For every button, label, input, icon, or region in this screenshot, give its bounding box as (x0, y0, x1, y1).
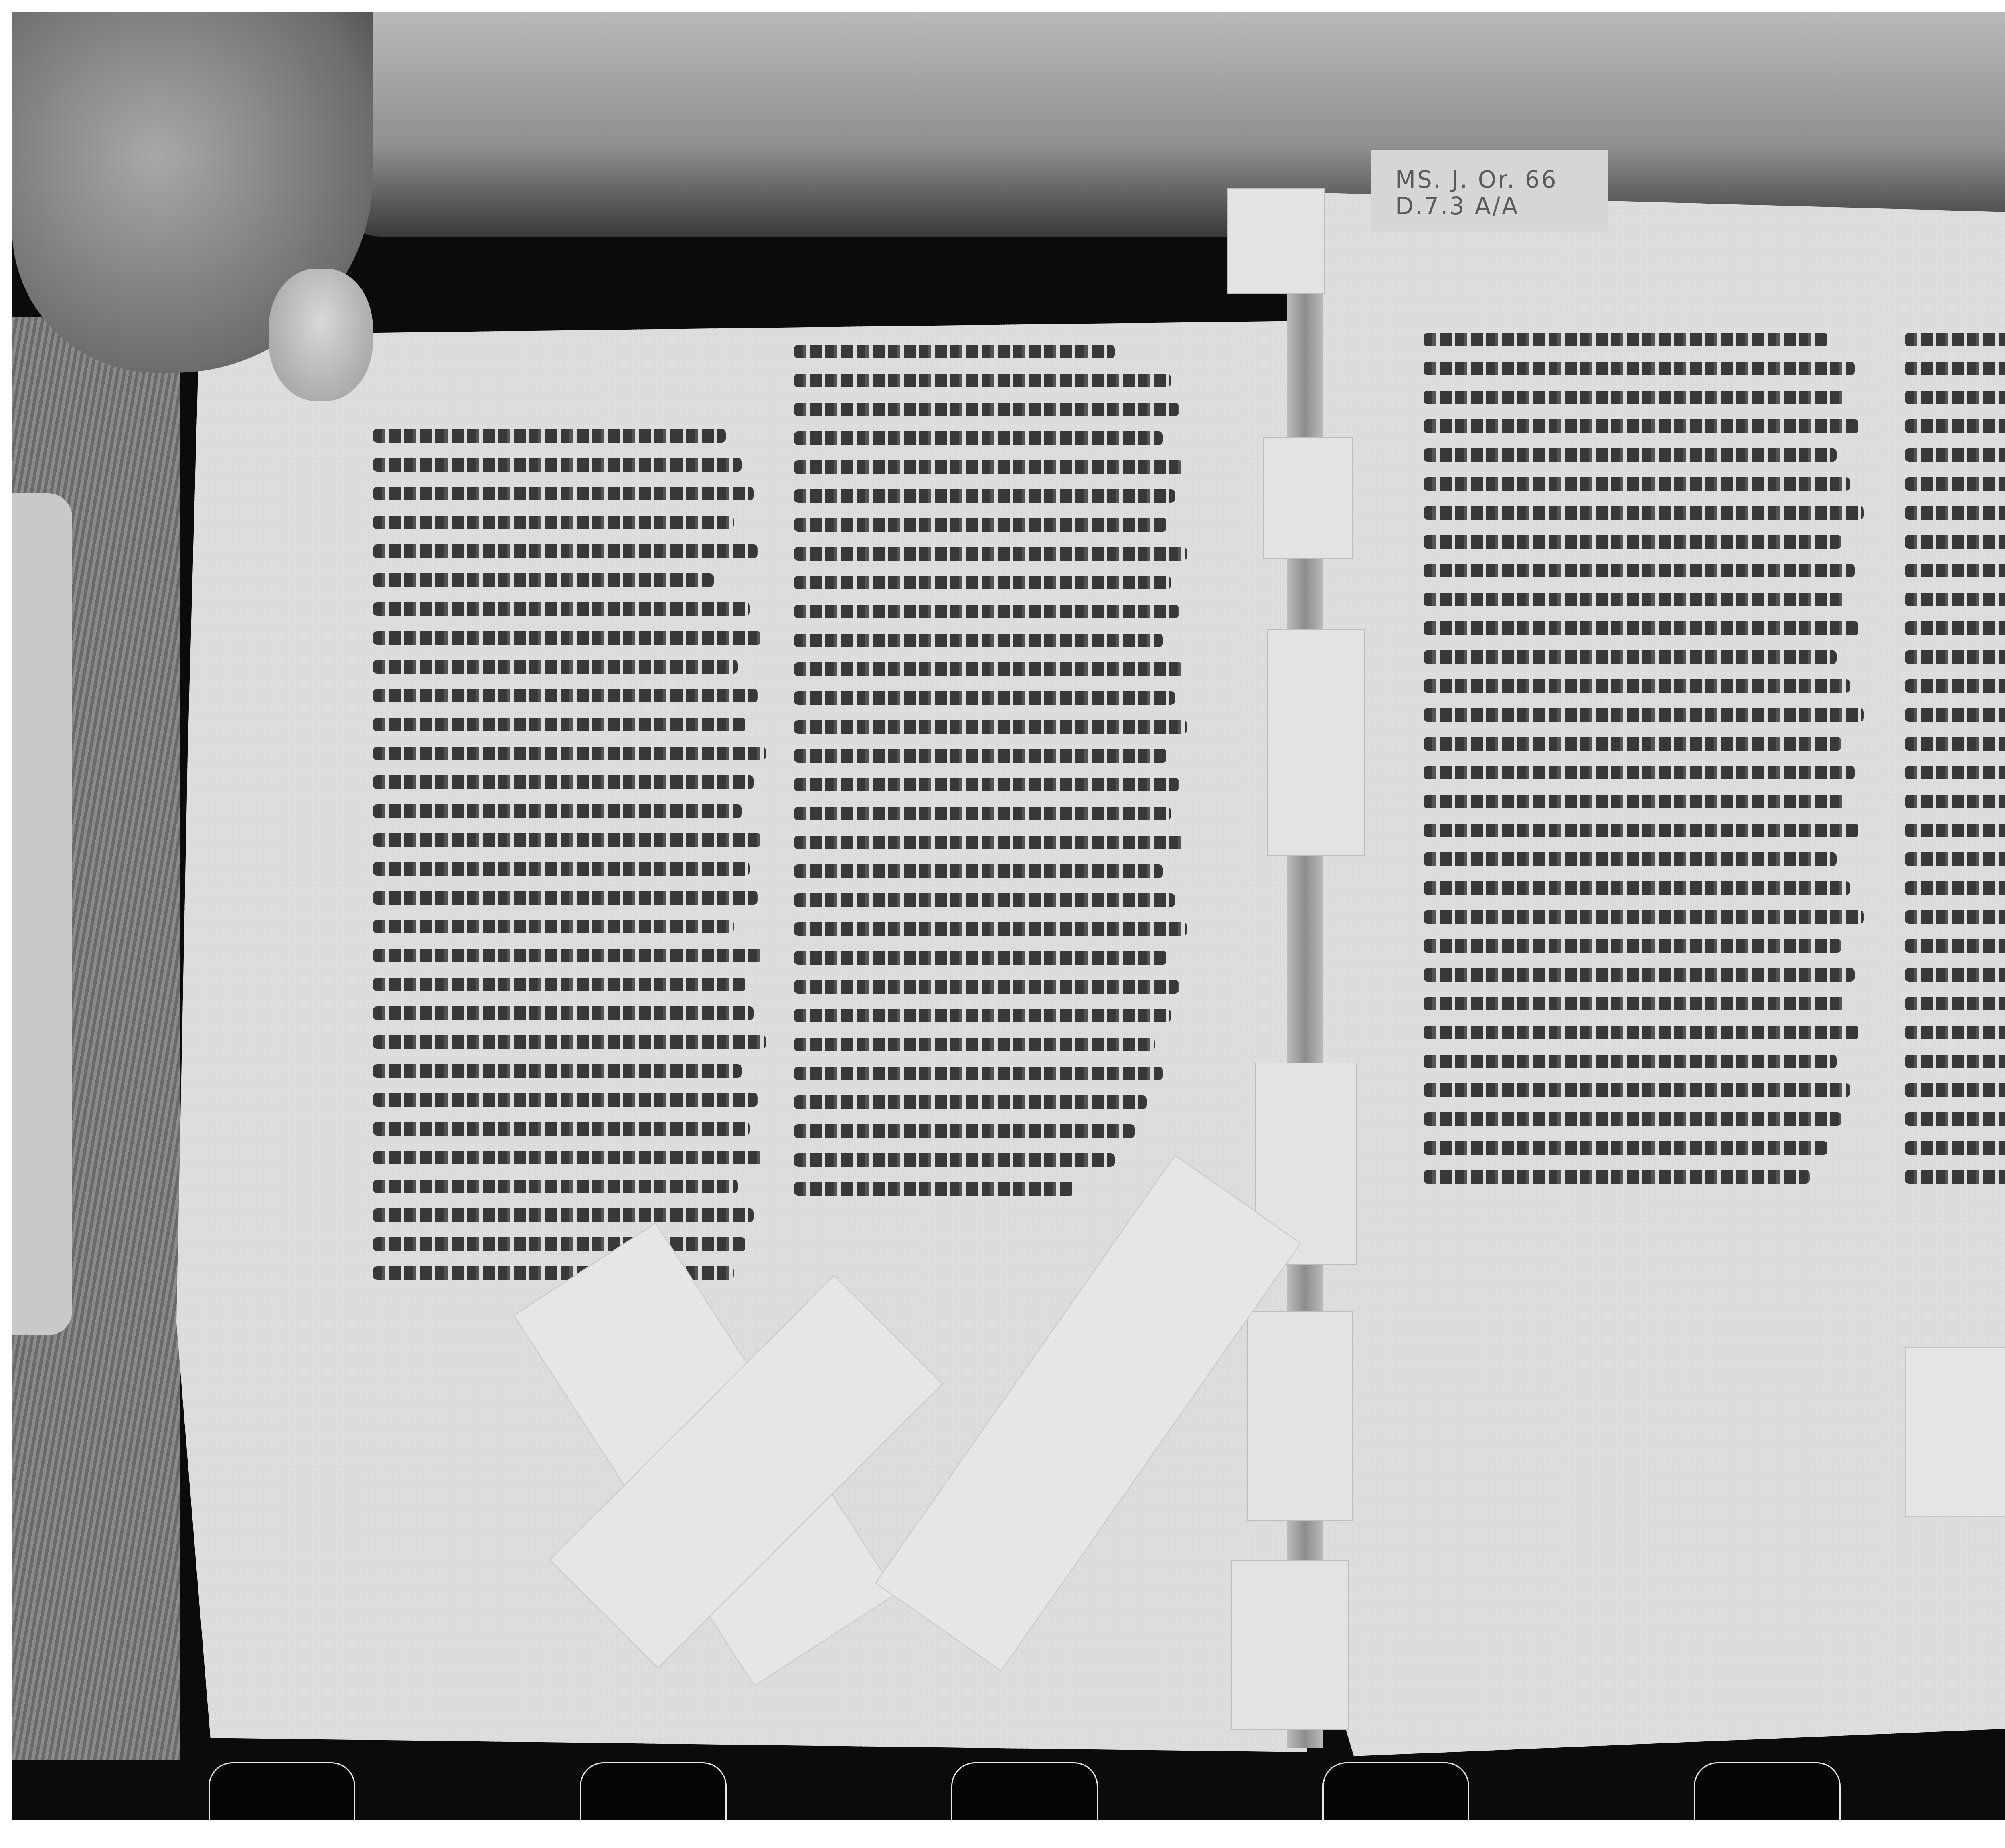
text-column-left-outer (373, 429, 774, 1280)
gutter-tape-strip (1227, 188, 1325, 294)
text-column-left-inner (794, 345, 1195, 1196)
sprocket-hole (1322, 1762, 1469, 1820)
text-column-right-outer (1905, 333, 2005, 1184)
gutter-tape-strip (1263, 437, 1353, 559)
gutter-tape-strip (1231, 1560, 1349, 1730)
shelf-label-line2: D.7.3 A/A (1395, 193, 1596, 219)
shelf-label-line1: MS. J. Or. 66 (1395, 166, 1596, 193)
sprocket-hole (580, 1762, 727, 1820)
text-column-right-inner (1424, 333, 1873, 1184)
sprocket-hole (1694, 1762, 1841, 1820)
sprocket-hole (209, 1762, 355, 1820)
left-thumb (269, 269, 373, 401)
book-cushion (333, 12, 2005, 237)
gutter-tape-strip (1267, 629, 1365, 856)
cloth-left (12, 493, 72, 1335)
photo-frame: MS. J. Or. 66 D.7.3 A/A (12, 12, 2005, 1820)
gutter-tape-strip (1247, 1311, 1353, 1521)
shelf-label: MS. J. Or. 66 D.7.3 A/A (1371, 150, 1608, 231)
film-sprocket-row (12, 1762, 2005, 1820)
sprocket-hole (951, 1762, 1098, 1820)
repair-patch-lower-right (1905, 1347, 2005, 1517)
